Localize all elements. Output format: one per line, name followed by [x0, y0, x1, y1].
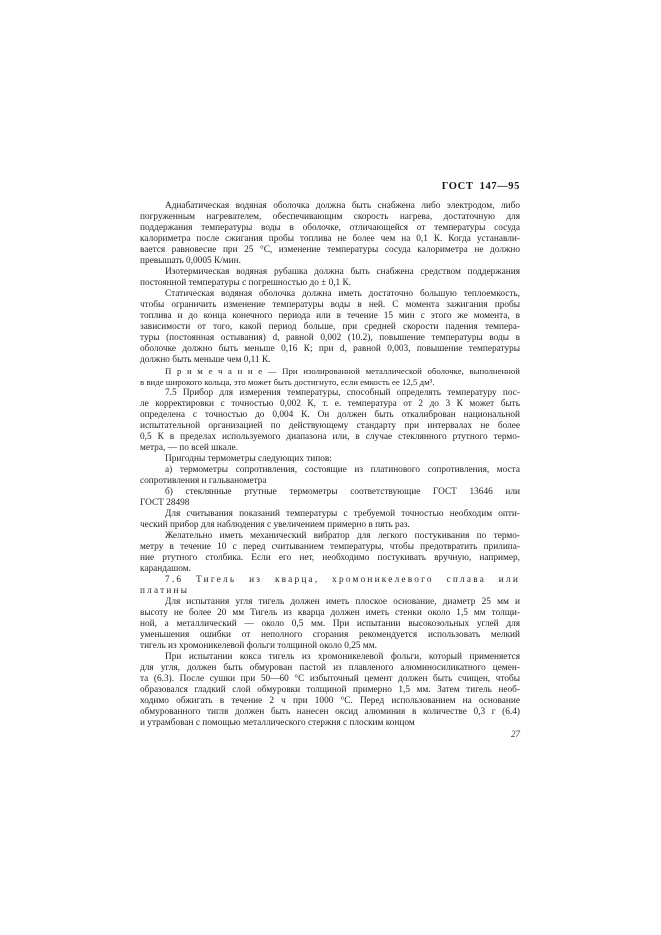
text-line: Пригодны термометры следующих типов:	[140, 454, 520, 465]
text-line: туры (постоянная остывания) d, равной 0,…	[140, 333, 520, 344]
text-line: 0,5 К в пределах используемого диапазона…	[140, 432, 520, 443]
text-line: платины	[140, 586, 520, 597]
text-line: метру в течение 10 с перед считыванием т…	[140, 542, 520, 553]
text-line: постоянной температуры с погрешностью до…	[140, 278, 520, 289]
text-line: Для испытания угля тигель должен иметь п…	[140, 597, 520, 608]
text-line: высоту не более 20 мм Тигель из кварца д…	[140, 608, 520, 619]
text-line: а) термометры сопротивления, состоящие и…	[140, 465, 520, 476]
text-line: уменьшения ошибки от неполного сгорания …	[140, 630, 520, 641]
text-line: Изотермическая водяная рубашка должна бы…	[140, 267, 520, 278]
text-line: П р и м е ч а н и е — При изолированной …	[140, 366, 520, 377]
text-line: чтобы ограничить изменение температуры в…	[140, 300, 520, 311]
text-line: образовался гладкий слой обмуровки толщи…	[140, 685, 520, 696]
text-line: должно быть меньше чем 0,11 К.	[140, 355, 520, 366]
text-line: ходимо обжигать в течение 2 ч при 1000 °…	[140, 696, 520, 707]
text-line: ной, а металлический — около 0,5 мм. При…	[140, 619, 520, 630]
text-line: калориметра после сжигания пробы топлива…	[140, 234, 520, 245]
text-line: та (6.3). После сушки при 50—60 °С избыт…	[140, 674, 520, 685]
text-line: Адиабатическая водяная оболочка должна б…	[140, 201, 520, 212]
text-line: Желательно иметь механический вибратор д…	[140, 531, 520, 542]
text-line: и утрамбован с помощью металлического ст…	[140, 718, 520, 729]
text-line: При испытании кокса тигель из хромоникел…	[140, 652, 520, 663]
text-line: топлива и до конца конечного периода или…	[140, 311, 520, 322]
text-line: для угля, должен быть обмурован пастой и…	[140, 663, 520, 674]
text-line: б) стеклянные ртутные термометры соответ…	[140, 487, 520, 498]
text-line: обмурованного тигля должен быть нанесен …	[140, 707, 520, 718]
text-line: метра, — по всей шкале.	[140, 443, 520, 454]
text-line: карандашом.	[140, 564, 520, 575]
text-line: поддержания температуры воды в оболочке,…	[140, 223, 520, 234]
text-line: определена с точностью до 0,004 К. Он до…	[140, 410, 520, 421]
page-header: ГОСТ 147—95	[140, 181, 520, 192]
page-number: 27	[140, 729, 520, 739]
text-line: Статическая водяная оболочка должна имет…	[140, 289, 520, 300]
text-line: вается равновесие при 25 °С, изменение т…	[140, 245, 520, 256]
text-block: Адиабатическая водяная оболочка должна б…	[140, 201, 520, 729]
text-line: испытательной организацией по действующе…	[140, 421, 520, 432]
document-page: ГОСТ 147—95 Адиабатическая водяная оболо…	[0, 0, 661, 935]
text-line: Для считывания показаний температуры с т…	[140, 509, 520, 520]
text-line: тигель из хромоникелевой фольги толщиной…	[140, 641, 520, 652]
text-line: ле корректировки с точностью 0,002 К, т.…	[140, 399, 520, 410]
text-line: 7.6 Тигель из кварца, хромоникелевого сп…	[140, 575, 520, 586]
text-line: оболочке должно быть меньше 0,16 К; при …	[140, 344, 520, 355]
text-line: в виде широкого кольца, это может быть д…	[140, 377, 520, 388]
text-line: зависимости от того, какой период больше…	[140, 322, 520, 333]
text-line: сопротивления и гальванометра	[140, 476, 520, 487]
text-line: 7.5 Прибор для измерения температуры, сп…	[140, 388, 520, 399]
text-line: ческий прибор для наблюдения с увеличени…	[140, 520, 520, 531]
text-line: ГОСТ 28498	[140, 498, 520, 509]
text-line: ние ртутного столбика. Если его нет, нео…	[140, 553, 520, 564]
text-line: превышать 0,0005 К/мин.	[140, 256, 520, 267]
text-line: погруженным нагревателем, обеспечивающим…	[140, 212, 520, 223]
